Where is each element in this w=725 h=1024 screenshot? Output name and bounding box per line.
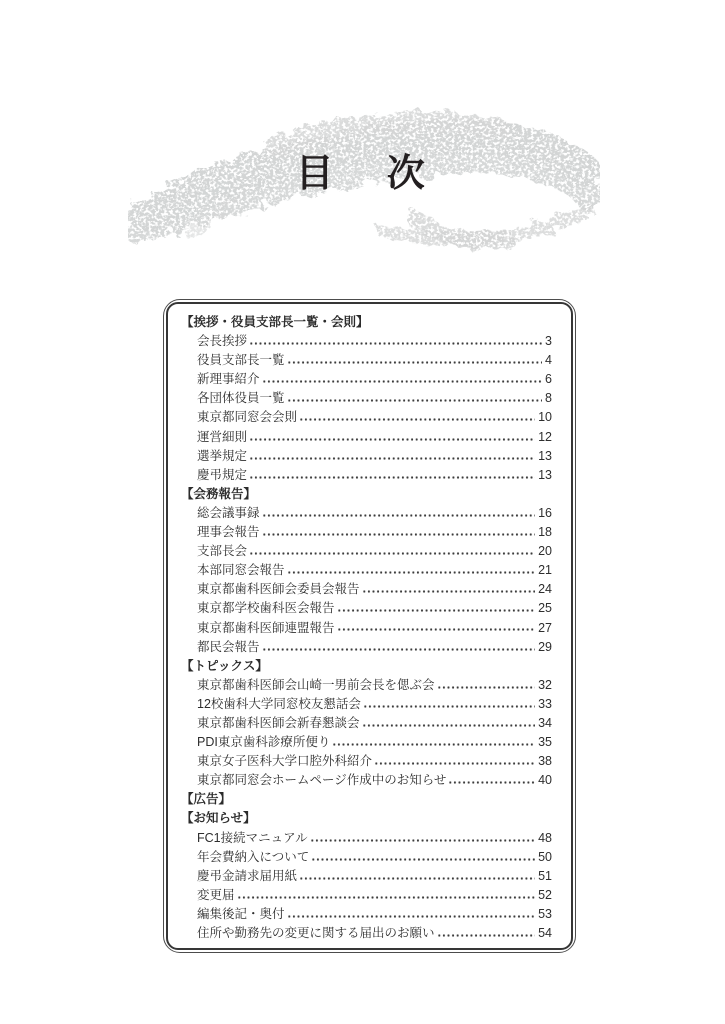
- dot-leader: [337, 599, 536, 618]
- toc-entry-label: 運営細則: [197, 428, 247, 447]
- toc-entry-label: 各団体役員一覧: [197, 389, 285, 408]
- toc-entry-label: 選挙規定: [197, 447, 247, 466]
- dot-leader: [287, 905, 536, 924]
- toc-entry-page-number: 4: [545, 351, 552, 370]
- title-area: 目 次: [128, 103, 600, 255]
- toc-entry: 慶弔規定13: [181, 466, 552, 485]
- toc-section-header: 【トピックス】: [181, 657, 552, 676]
- toc-entry-label: 東京都学校歯科医会報告: [197, 599, 335, 618]
- toc-section-header: 【会務報告】: [181, 485, 552, 504]
- page-title: 目 次: [128, 154, 600, 194]
- toc-entry-page-number: 21: [538, 561, 552, 580]
- toc-entry-page-number: 3: [545, 332, 552, 351]
- toc-entry-label: 東京都歯科医師会新春懇談会: [197, 714, 360, 733]
- toc-entry-label: FC1接続マニュアル: [197, 829, 308, 848]
- toc-entry-page-number: 38: [538, 752, 552, 771]
- dot-leader: [287, 389, 543, 408]
- toc-entry-page-number: 18: [538, 523, 552, 542]
- dot-leader: [262, 638, 536, 657]
- toc-entry-label: 役員支部長一覧: [197, 351, 285, 370]
- toc-entry-page-number: 25: [538, 599, 552, 618]
- toc-entry-page-number: 34: [538, 714, 552, 733]
- toc-entry: 運営細則12: [181, 428, 552, 447]
- dot-leader: [311, 848, 535, 867]
- dot-leader: [249, 542, 535, 561]
- toc-entry-label: 東京都同窓会会則: [197, 408, 297, 427]
- toc-entry-label: 編集後記・奥付: [197, 905, 285, 924]
- dot-leader: [363, 695, 535, 714]
- toc-entry-page-number: 50: [538, 848, 552, 867]
- toc-entry-page-number: 53: [538, 905, 552, 924]
- toc-entry: 変更届52: [181, 886, 552, 905]
- dot-leader: [249, 332, 542, 351]
- toc-entry-page-number: 54: [538, 924, 552, 943]
- toc-entry-label: PDI東京歯科診療所便り: [197, 733, 330, 752]
- toc-entry: FC1接続マニュアル48: [181, 829, 552, 848]
- toc-entry: 東京都学校歯科医会報告25: [181, 599, 552, 618]
- toc-entry-label: 変更届: [197, 886, 235, 905]
- dot-leader: [249, 466, 535, 485]
- toc-entry: 12校歯科大学同窓校友懇話会33: [181, 695, 552, 714]
- dot-leader: [299, 408, 535, 427]
- toc-entry: 東京都歯科医師会新春懇談会34: [181, 714, 552, 733]
- toc-entry: 会長挨拶3: [181, 332, 552, 351]
- dot-leader: [262, 370, 543, 389]
- toc-section-header: 【お知らせ】: [181, 809, 552, 828]
- toc-entry-label: 年会費納入について: [197, 848, 309, 867]
- toc-entry: 都民会報告29: [181, 638, 552, 657]
- dot-leader: [262, 504, 536, 523]
- toc-entry-label: 慶弔金請求届用紙: [197, 867, 297, 886]
- toc-entry-page-number: 52: [538, 886, 552, 905]
- toc-entry-page-number: 51: [538, 867, 552, 886]
- toc-entry-page-number: 12: [538, 428, 552, 447]
- dot-leader: [249, 428, 535, 447]
- toc-entry-label: 会長挨拶: [197, 332, 247, 351]
- toc-entry-page-number: 27: [538, 619, 552, 638]
- toc-entry-label: 理事会報告: [197, 523, 260, 542]
- dot-leader: [287, 351, 543, 370]
- toc-entry-page-number: 16: [538, 504, 552, 523]
- toc-entry: 年会費納入について50: [181, 848, 552, 867]
- table-of-contents: 【挨拶・役員支部長一覧・会則】会長挨拶3役員支部長一覧4新理事紹介6各団体役員一…: [166, 302, 573, 950]
- toc-entry-page-number: 32: [538, 676, 552, 695]
- toc-entry-page-number: 8: [545, 389, 552, 408]
- toc-entry-label: 東京都歯科医師連盟報告: [197, 619, 335, 638]
- toc-entry: 東京都同窓会ホームページ作成中のお知らせ40: [181, 771, 552, 790]
- dot-leader: [287, 561, 536, 580]
- dot-leader: [262, 523, 536, 542]
- toc-entry-label: 本部同窓会報告: [197, 561, 285, 580]
- toc-entry-page-number: 35: [538, 733, 552, 752]
- toc-entry: PDI東京歯科診療所便り35: [181, 733, 552, 752]
- toc-entry-label: 都民会報告: [197, 638, 260, 657]
- dot-leader: [332, 733, 535, 752]
- toc-box-outer-border: 【挨拶・役員支部長一覧・会則】会長挨拶3役員支部長一覧4新理事紹介6各団体役員一…: [163, 299, 576, 953]
- toc-entry-page-number: 48: [538, 829, 552, 848]
- toc-entry-page-number: 33: [538, 695, 552, 714]
- dot-leader: [237, 886, 536, 905]
- toc-entry-page-number: 29: [538, 638, 552, 657]
- toc-entry-label: 東京都同窓会ホームページ作成中のお知らせ: [197, 771, 446, 790]
- toc-entry: 理事会報告18: [181, 523, 552, 542]
- dot-leader: [448, 771, 535, 790]
- toc-entry-page-number: 13: [538, 466, 552, 485]
- dot-leader: [437, 924, 536, 943]
- toc-entry: 編集後記・奥付53: [181, 905, 552, 924]
- dot-leader: [299, 867, 535, 886]
- toc-entry-page-number: 24: [538, 580, 552, 599]
- toc-entry: 総会議事録16: [181, 504, 552, 523]
- toc-entry-label: 慶弔規定: [197, 466, 247, 485]
- toc-entry: 東京都歯科医師会委員会報告24: [181, 580, 552, 599]
- dot-leader: [362, 580, 536, 599]
- dot-leader: [337, 619, 536, 638]
- toc-entry: 本部同窓会報告21: [181, 561, 552, 580]
- toc-entry: 東京都同窓会会則10: [181, 408, 552, 427]
- toc-section-header: 【広告】: [181, 790, 552, 809]
- toc-entry-label: 住所や勤務先の変更に関する届出のお願い: [197, 924, 435, 943]
- toc-entry: 東京女子医科大学口腔外科紹介38: [181, 752, 552, 771]
- toc-entry-page-number: 10: [538, 408, 552, 427]
- toc-entry-label: 支部長会: [197, 542, 247, 561]
- toc-entry-label: 東京女子医科大学口腔外科紹介: [197, 752, 372, 771]
- toc-entry: 各団体役員一覧8: [181, 389, 552, 408]
- dot-leader: [374, 752, 535, 771]
- dot-leader: [249, 447, 535, 466]
- toc-entry-label: 総会議事録: [197, 504, 260, 523]
- dot-leader: [310, 829, 535, 848]
- toc-entry-page-number: 6: [545, 370, 552, 389]
- toc-entry: 住所や勤務先の変更に関する届出のお願い54: [181, 924, 552, 943]
- toc-entry: 慶弔金請求届用紙51: [181, 867, 552, 886]
- toc-entry-label: 新理事紹介: [197, 370, 260, 389]
- toc-entry: 新理事紹介6: [181, 370, 552, 389]
- toc-entry-page-number: 40: [538, 771, 552, 790]
- toc-entry: 東京都歯科医師連盟報告27: [181, 619, 552, 638]
- dot-leader: [437, 676, 536, 695]
- toc-entry: 役員支部長一覧4: [181, 351, 552, 370]
- toc-section-header: 【挨拶・役員支部長一覧・会則】: [181, 313, 552, 332]
- dot-leader: [362, 714, 536, 733]
- toc-entry-page-number: 13: [538, 447, 552, 466]
- toc-entry-label: 東京都歯科医師会山崎一男前会長を偲ぶ会: [197, 676, 435, 695]
- toc-entry-label: 東京都歯科医師会委員会報告: [197, 580, 360, 599]
- toc-entry: 支部長会20: [181, 542, 552, 561]
- toc-entry: 選挙規定13: [181, 447, 552, 466]
- toc-entry-page-number: 20: [538, 542, 552, 561]
- toc-entry-label: 12校歯科大学同窓校友懇話会: [197, 695, 361, 714]
- toc-entry: 東京都歯科医師会山崎一男前会長を偲ぶ会32: [181, 676, 552, 695]
